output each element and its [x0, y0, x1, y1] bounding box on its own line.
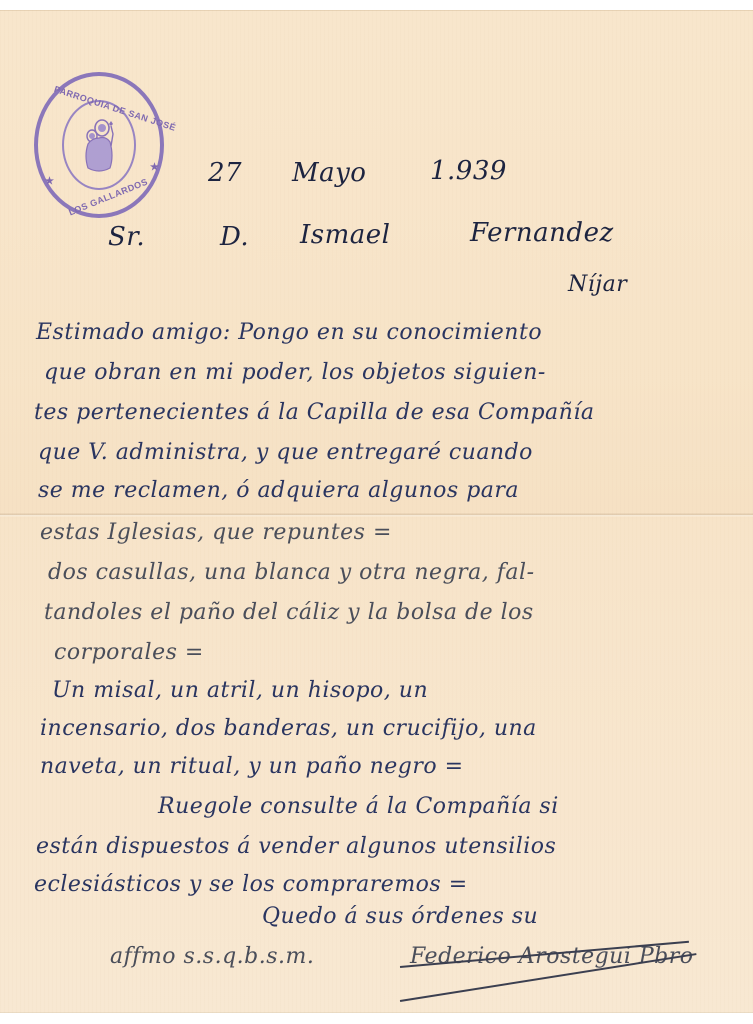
saint-figure-icon — [80, 116, 118, 174]
body-line: Ruegole consulte á la Compañía si — [158, 794, 559, 819]
letter-paper: PARROQUIA DE SAN JOSÉ LOS GALLARDOS ★ ★ … — [0, 10, 753, 1013]
body-line: naveta, un ritual, y un paño negro = — [40, 754, 464, 779]
body-line: Estimado amigo: Pongo en su conocimiento — [36, 320, 542, 345]
body-line: eclesiásticos y se los compraremos = — [34, 872, 468, 897]
date-day: 27 — [208, 158, 242, 188]
body-line: estas Iglesias, que repuntes = — [40, 520, 392, 545]
body-line: Un misal, un atril, un hisopo, un — [52, 678, 428, 703]
closing-text: affmo s.s.q.b.s.m. — [110, 944, 314, 969]
star-icon: ★ — [45, 176, 54, 187]
body-line: incensario, dos banderas, un crucifijo, … — [40, 716, 537, 741]
recipient-first-name: Ismael — [300, 220, 390, 250]
recipient-location: Níjar — [568, 272, 627, 297]
star-icon: ★ — [150, 162, 159, 173]
body-line: Quedo á sus órdenes su — [262, 904, 538, 929]
body-line: que obran en mi poder, los objetos sigui… — [44, 360, 546, 385]
recipient-last-name: Fernandez — [470, 218, 614, 248]
date-year: 1.939 — [430, 156, 507, 186]
body-line: se me reclamen, ó adquiera algunos para — [38, 478, 519, 503]
signature-text: Federico Arostegui Pbro — [410, 944, 694, 969]
body-line: tandoles el paño del cáliz y la bolsa de… — [44, 600, 534, 625]
date-month: Mayo — [292, 158, 366, 188]
body-line: están dispuestos á vender algunos utensi… — [36, 834, 556, 859]
body-line: dos casullas, una blanca y otra negra, f… — [48, 560, 535, 585]
paper-fold-line — [0, 513, 753, 517]
body-line: que V. administra, y que entregaré cuand… — [38, 440, 533, 465]
body-line: corporales = — [54, 640, 204, 665]
salutation-don: D. — [220, 222, 249, 252]
body-line: tes pertenecientes á la Capilla de esa C… — [34, 400, 594, 425]
parish-stamp: PARROQUIA DE SAN JOSÉ LOS GALLARDOS ★ ★ — [34, 72, 164, 218]
salutation-title: Sr. — [108, 222, 145, 252]
